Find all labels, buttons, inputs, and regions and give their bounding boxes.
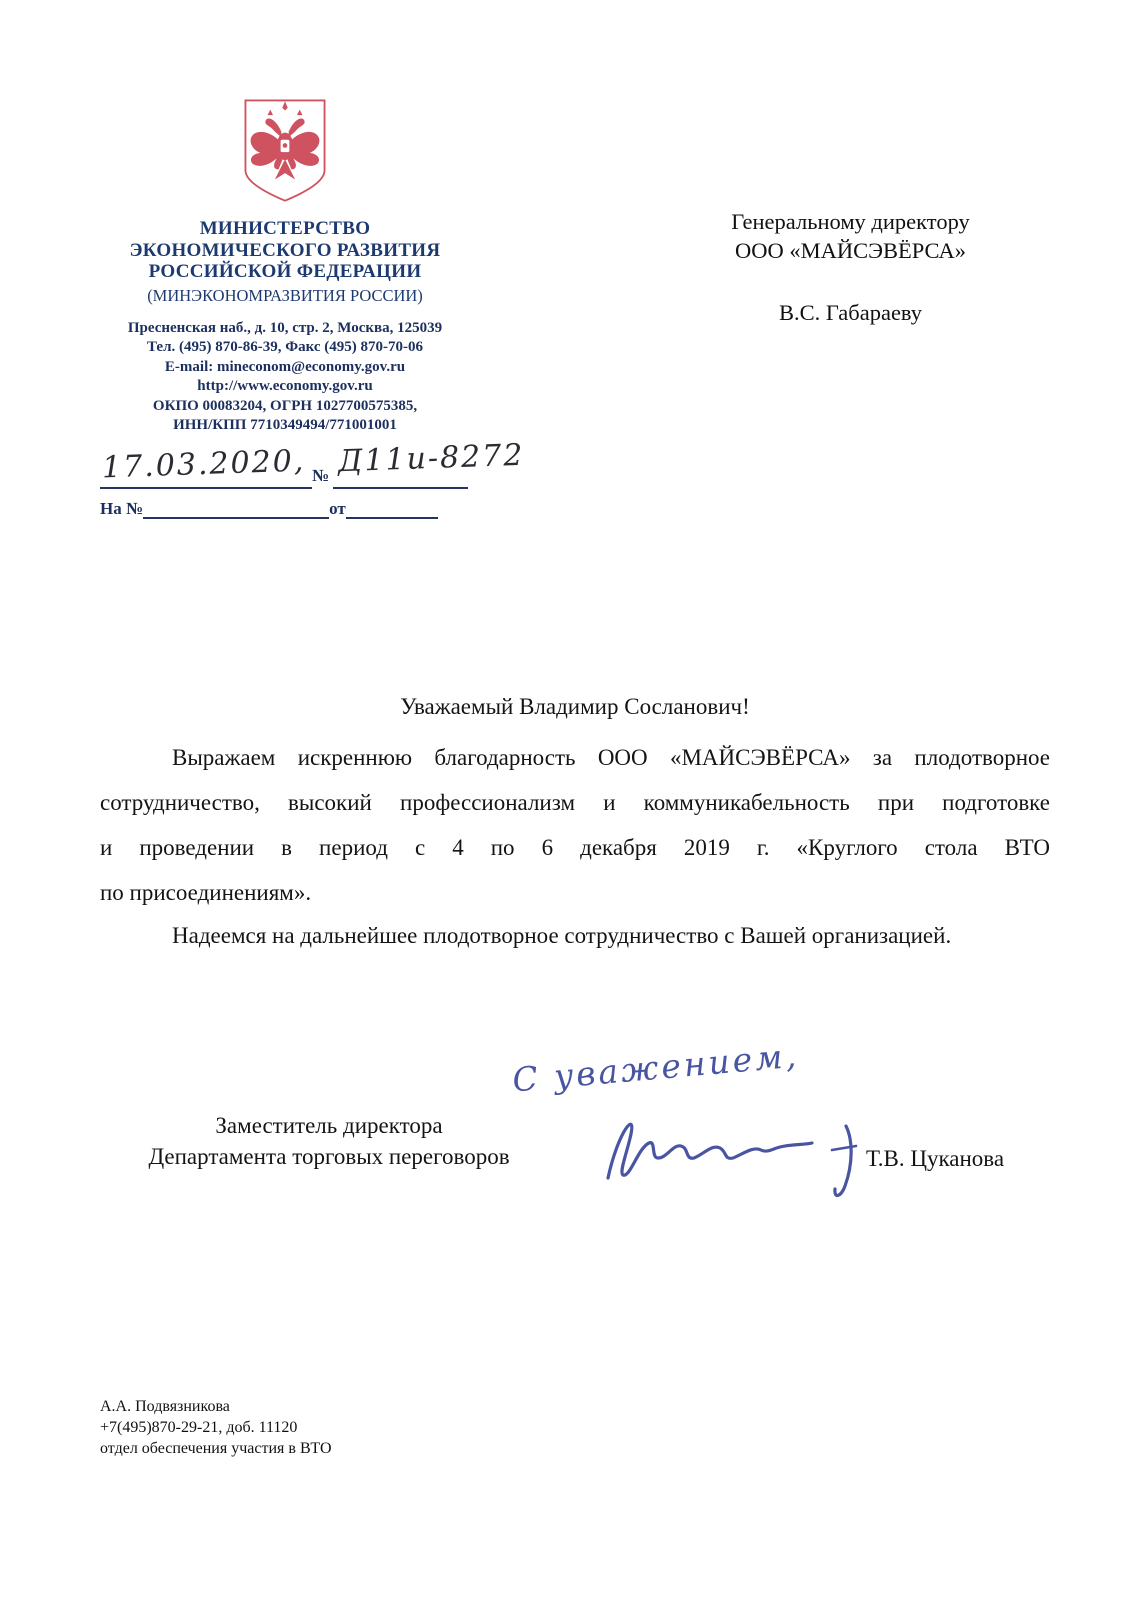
- number-sign-label: №: [312, 466, 329, 486]
- coat-of-arms-icon: [239, 95, 331, 207]
- number-underline: [333, 487, 468, 489]
- addressee-name: В.С. Габараеву: [698, 298, 1003, 327]
- signer-name: Т.В. Цуканова: [866, 1146, 1004, 1172]
- address-line: Тел. (495) 870-86-39, Факс (495) 870-70-…: [95, 338, 475, 358]
- reply-number-blank: [143, 495, 329, 519]
- body-line: сотрудничество, высокий профессионализм …: [100, 780, 1050, 825]
- reply-number-label: На №: [100, 499, 143, 519]
- footer-contact-block: А.А. Подвязникова +7(495)870-29-21, доб.…: [100, 1396, 332, 1459]
- outgoing-date-handwritten: 17.03.2020,: [101, 443, 305, 485]
- addressee-role: Генеральному директору: [698, 207, 1003, 236]
- address-line: ОКПО 00083204, ОГРН 1027700575385,: [95, 397, 475, 417]
- signer-title: Заместитель директора Департамента торго…: [105, 1110, 553, 1172]
- addressee-company: ООО «МАЙСЭВЁРСА»: [698, 236, 1003, 265]
- address-line: ИНН/КПП 7710349494/771001001: [95, 416, 475, 436]
- body-line: по присоединениям».: [100, 870, 1050, 915]
- ministry-name: МИНИСТЕРСТВО ЭКОНОМИЧЕСКОГО РАЗВИТИЯ РОС…: [95, 218, 475, 283]
- reply-from-label: от: [329, 499, 346, 519]
- ministry-contact-block: Пресненская наб., д. 10, стр. 2, Москва,…: [95, 319, 475, 436]
- letterhead: МИНИСТЕРСТВО ЭКОНОМИЧЕСКОГО РАЗВИТИЯ РОС…: [95, 95, 475, 436]
- salutation: Уважаемый Владимир Сосланович!: [100, 694, 1050, 720]
- footer-contact-dept: отдел обеспечения участия в ВТО: [100, 1438, 332, 1459]
- reply-reference-row: На № от: [100, 495, 570, 519]
- address-line: Пресненская наб., д. 10, стр. 2, Москва,…: [95, 319, 475, 339]
- signer-title-line: Заместитель директора: [105, 1110, 553, 1141]
- footer-contact-phone: +7(495)870-29-21, доб. 11120: [100, 1417, 332, 1438]
- ministry-short-name: (МИНЭКОНОМРАЗВИТИЯ РОССИИ): [95, 286, 475, 306]
- body-line: и проведении в период с 4 по 6 декабря 2…: [100, 825, 1050, 870]
- reply-date-blank: [346, 495, 438, 519]
- body-paragraph-2: Надеемся на дальнейшее плодотворное сотр…: [100, 913, 1050, 958]
- letter-page: МИНИСТЕРСТВО ЭКОНОМИЧЕСКОГО РАЗВИТИЯ РОС…: [0, 0, 1131, 1600]
- outgoing-number-handwritten: Д11и-8272: [337, 438, 524, 479]
- ministry-name-line: МИНИСТЕРСТВО: [95, 218, 475, 240]
- addressee-block: Генеральному директору ООО «МАЙСЭВЁРСА» …: [698, 207, 1003, 327]
- signer-title-line: Департамента торговых переговоров: [105, 1141, 553, 1172]
- footer-contact-name: А.А. Подвязникова: [100, 1396, 332, 1417]
- body-line: Выражаем искреннюю благодарность ООО «МА…: [100, 735, 1050, 780]
- closing-handwritten: С уважением,: [511, 1036, 800, 1100]
- date-underline: [100, 487, 312, 489]
- ministry-name-line: РОССИЙСКОЙ ФЕДЕРАЦИИ: [95, 261, 475, 283]
- address-line: E-mail: mineconom@economy.gov.ru: [95, 358, 475, 378]
- ministry-name-line: ЭКОНОМИЧЕСКОГО РАЗВИТИЯ: [95, 240, 475, 262]
- address-line: http://www.economy.gov.ru: [95, 377, 475, 397]
- body-paragraph-1: Выражаем искреннюю благодарность ООО «МА…: [100, 735, 1050, 915]
